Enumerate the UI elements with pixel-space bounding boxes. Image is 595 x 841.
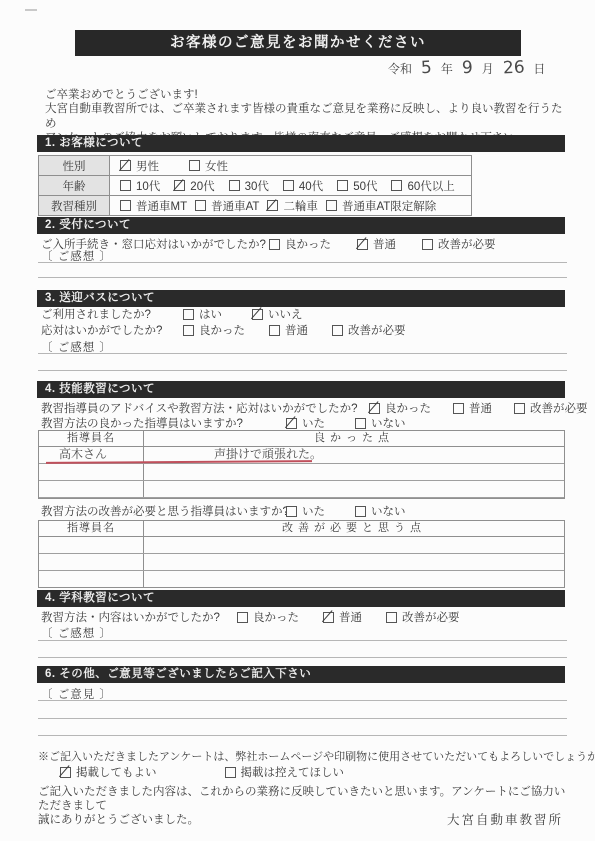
checkbox-age-20s-icon[interactable] [174, 180, 185, 191]
option-male[interactable]: 男性 [120, 158, 159, 174]
survey-page: お客様のご意見をお聞かせください 令和 5 年 9 月 26 日 ご卒業おめでと… [0, 0, 595, 841]
classroom-question: 教習方法・内容はいかがでしたか? [41, 609, 237, 625]
checkbox-classroom-needs-improvement-icon[interactable] [386, 612, 397, 623]
good-table-header: 指導員名 良かった点 [39, 431, 564, 447]
intro-line-2: 大宮自動車教習所では、ご卒業されます皆様の貴重なご意見を業務に反映し、より良い教… [45, 102, 573, 131]
option-classroom-needs-improvement[interactable]: 改善が必要 [386, 609, 460, 625]
option-skill-needs-improvement[interactable]: 改善が必要 [514, 400, 588, 416]
option-classroom-normal[interactable]: 普通 [323, 609, 362, 625]
table-row-age: 年齢 10代 20代 30代 40代 [39, 176, 471, 196]
option-female-label: 女性 [205, 158, 228, 174]
option-male-label: 男性 [136, 158, 159, 174]
classroom-comment-label: 〔 ご感想 〕 [41, 625, 112, 641]
option-good-instructor-no[interactable]: いない [355, 415, 406, 431]
checkbox-female-icon[interactable] [189, 160, 200, 171]
option-bus-good[interactable]: 良かった [183, 322, 245, 338]
checkbox-at-limit-removal-icon[interactable] [326, 200, 337, 211]
row-label-age: 年齢 [39, 176, 110, 195]
improve-table-header: 指導員名 改善が必要と思う点 [39, 521, 564, 537]
improve-table-row-1 [39, 537, 564, 554]
checkbox-age-60s-plus-icon[interactable] [391, 180, 402, 191]
good-table-header-point: 良かった点 [144, 431, 564, 446]
checkbox-bus-no-icon[interactable] [252, 309, 263, 320]
checkbox-reception-normal-icon[interactable] [357, 239, 368, 250]
other-opinion-line-3 [38, 735, 567, 736]
page-title: お客様のご意見をお聞かせください [75, 30, 521, 56]
option-car-mt[interactable]: 普通車MT [120, 198, 187, 214]
date-day-unit: 日 [533, 60, 545, 77]
date-day-value: 26 [502, 57, 525, 78]
improve-instructor-question: 教習方法の改善が必要と思う指導員はいますか? [41, 503, 286, 519]
option-bus-normal[interactable]: 普通 [269, 322, 308, 338]
checkbox-bus-normal-icon[interactable] [269, 325, 280, 336]
option-age-20s[interactable]: 20代 [174, 178, 214, 194]
checkbox-skill-needs-improvement-icon[interactable] [514, 403, 525, 414]
customer-table: 性別 男性 女性 年齢 10代 [38, 155, 472, 216]
checkbox-reception-needs-improvement-icon[interactable] [422, 239, 433, 250]
checkbox-bus-good-icon[interactable] [183, 325, 194, 336]
bus-comment-line-1 [38, 353, 567, 354]
checkbox-skill-good-icon[interactable] [369, 403, 380, 414]
checkbox-car-mt-icon[interactable] [120, 200, 131, 211]
skill-advice-question: 教習指導員のアドバイスや教習方法・応対はいかがでしたか? [41, 400, 369, 416]
checkbox-car-at-icon[interactable] [195, 200, 206, 211]
checkbox-good-instructor-yes-icon[interactable] [286, 418, 297, 429]
option-improve-instructor-yes[interactable]: いた [286, 503, 325, 519]
option-improve-instructor-no[interactable]: いない [355, 503, 406, 519]
option-reception-good[interactable]: 良かった [269, 236, 331, 252]
reception-comment-line-2 [38, 277, 567, 278]
date-year-unit: 年 [441, 60, 453, 77]
good-instructor-question-row: 教習方法の良かった指導員はいますか? いた いない [41, 415, 406, 431]
checkbox-age-40s-icon[interactable] [283, 180, 294, 191]
checkbox-age-30s-icon[interactable] [229, 180, 240, 191]
option-good-instructor-yes[interactable]: いた [286, 415, 325, 431]
checkbox-reception-good-icon[interactable] [269, 239, 280, 250]
section-header-reception: 2. 受付について [37, 217, 565, 234]
good-table-row-2 [39, 464, 564, 481]
checkbox-motorcycle-icon[interactable] [267, 200, 278, 211]
checkbox-classroom-normal-icon[interactable] [323, 612, 334, 623]
option-publish-refrain[interactable]: 掲載は控えてほしい [225, 764, 345, 780]
option-bus-no[interactable]: いいえ [252, 306, 303, 322]
classroom-question-row: 教習方法・内容はいかがでしたか? 良かった 普通 改善が必要 [41, 609, 460, 625]
date-line: 令和 5 年 9 月 26 日 [388, 58, 545, 78]
checkbox-improve-instructor-yes-icon[interactable] [286, 506, 297, 517]
checkbox-age-10s-icon[interactable] [120, 180, 131, 191]
bus-comment-line-2 [38, 370, 567, 371]
option-skill-normal[interactable]: 普通 [453, 400, 492, 416]
option-at-limit-removal[interactable]: 普通車AT限定解除 [326, 198, 436, 214]
good-instructor-question: 教習方法の良かった指導員はいますか? [41, 415, 286, 431]
intro-line-1: ご卒業おめでとうございます! [45, 88, 573, 102]
option-age-30s[interactable]: 30代 [229, 178, 269, 194]
checkbox-male-icon[interactable] [120, 160, 131, 171]
improve-instructor-question-row: 教習方法の改善が必要と思う指導員はいますか? いた いない [41, 503, 406, 519]
scan-artifact [25, 9, 37, 11]
reception-comment-line-1 [38, 262, 567, 263]
checkbox-skill-normal-icon[interactable] [453, 403, 464, 414]
other-opinion-line-1 [38, 700, 567, 701]
checkbox-age-50s-icon[interactable] [337, 180, 348, 191]
publish-consent-options: 掲載してもよい 掲載は控えてほしい [60, 764, 344, 780]
row-label-course-type: 教習種別 [39, 196, 110, 215]
date-era-label: 令和 [388, 60, 412, 77]
section-header-customer: 1. お客様について [37, 135, 565, 152]
good-table-row-3 [39, 481, 564, 498]
date-month-value: 9 [461, 58, 473, 79]
checkbox-classroom-good-icon[interactable] [237, 612, 248, 623]
improve-table-header-name: 指導員名 [39, 521, 144, 536]
publish-consent-question: ※ご記入いただきましたアンケートは、弊社ホームページや印刷物に使用させていただい… [38, 748, 587, 764]
option-reception-needs-improvement[interactable]: 改善が必要 [422, 236, 496, 252]
classroom-comment-line-2 [38, 657, 567, 658]
checkbox-improve-instructor-no-icon[interactable] [355, 506, 366, 517]
option-reception-normal[interactable]: 普通 [357, 236, 396, 252]
option-age-10s[interactable]: 10代 [120, 178, 160, 194]
checkbox-publish-refrain-icon[interactable] [225, 767, 236, 778]
section-header-classroom-training: 4. 学科教習について [37, 590, 565, 607]
other-opinion-line-2 [38, 718, 567, 719]
bus-used-question: ご利用されましたか? [41, 306, 183, 322]
checkbox-bus-needs-improvement-icon[interactable] [332, 325, 343, 336]
option-bus-yes[interactable]: はい [183, 306, 222, 322]
checkbox-good-instructor-no-icon[interactable] [355, 418, 366, 429]
option-female[interactable]: 女性 [189, 158, 228, 174]
table-row-gender: 性別 男性 女性 [39, 156, 471, 176]
option-bus-needs-improvement[interactable]: 改善が必要 [332, 322, 406, 338]
checkbox-bus-yes-icon[interactable] [183, 309, 194, 320]
section-header-shuttle-bus: 3. 送迎バスについて [37, 290, 565, 307]
bus-service-question: 応対はいかがでしたか? [41, 322, 183, 338]
option-age-40s[interactable]: 40代 [283, 178, 323, 194]
option-publish-ok[interactable]: 掲載してもよい [60, 764, 157, 780]
improve-table-row-2 [39, 554, 564, 571]
option-motorcycle[interactable]: 二輪車 [267, 198, 318, 214]
table-row-course-type: 教習種別 普通車MT 普通車AT 二輪車 普通車AT限定解除 [39, 196, 471, 215]
option-age-50s[interactable]: 50代 [337, 178, 377, 194]
good-table-header-name: 指導員名 [39, 431, 144, 446]
row-label-gender: 性別 [39, 156, 110, 175]
checkbox-publish-ok-icon[interactable] [60, 767, 71, 778]
improve-table-header-point: 改善が必要と思う点 [144, 521, 564, 536]
option-car-at[interactable]: 普通車AT [195, 198, 259, 214]
classroom-comment-line-1 [38, 640, 567, 641]
section-header-skill-training: 4. 技能教習について [37, 381, 565, 398]
option-classroom-good[interactable]: 良かった [237, 609, 299, 625]
option-skill-good[interactable]: 良かった [369, 400, 431, 416]
section-header-other-opinions: 6. その他、ご意見等ございましたらご記入下さい [37, 666, 565, 683]
good-instructor-table: 指導員名 良かった点 高木さん 声掛けで頑張れた。 [38, 430, 565, 499]
option-age-60s-plus[interactable]: 60代以上 [391, 178, 454, 194]
bus-service-question-row: 応対はいかがでしたか? 良かった 普通 改善が必要 [41, 322, 406, 338]
date-month-unit: 月 [482, 60, 494, 77]
improve-table-row-3 [39, 571, 564, 587]
school-signature: 大宮自動車教習所 [447, 810, 563, 828]
skill-advice-question-row: 教習指導員のアドバイスや教習方法・応対はいかがでしたか? 良かった 普通 改善が… [41, 400, 588, 416]
date-year-value: 5 [420, 58, 432, 79]
bus-used-question-row: ご利用されましたか? はい いいえ [41, 306, 303, 322]
improve-instructor-table: 指導員名 改善が必要と思う点 [38, 520, 565, 588]
